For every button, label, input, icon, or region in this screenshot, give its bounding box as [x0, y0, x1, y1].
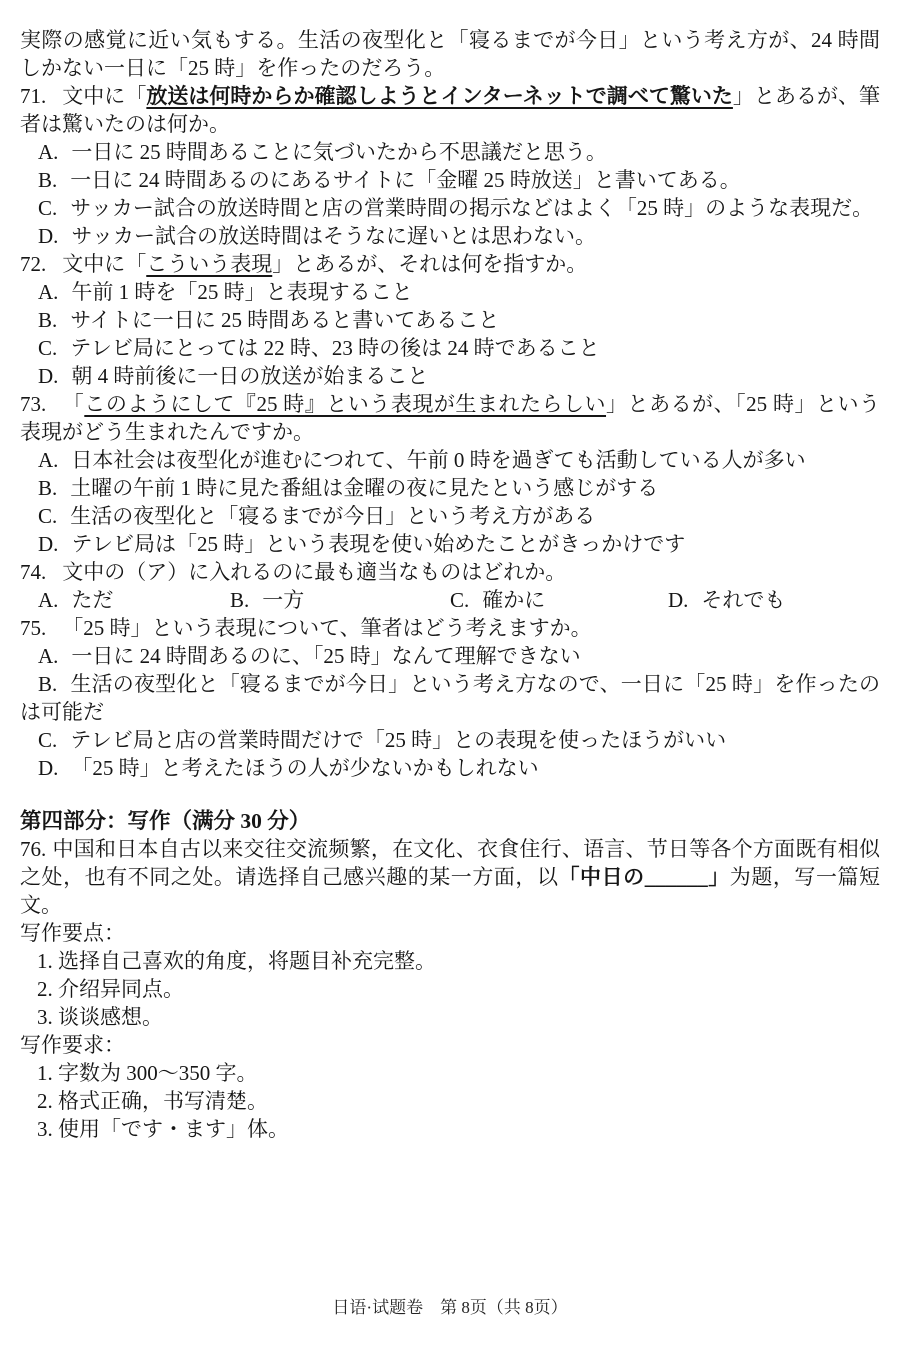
writing-requirement-1: 1. 字数为 300～350 字。: [20, 1059, 880, 1087]
option-label: B.: [38, 168, 57, 192]
question-75-stem-text: 「25 時」という表現について、筆者はどう考えますか。: [62, 616, 591, 640]
writing-section-title: 第四部分：写作（满分 30 分）: [20, 807, 880, 835]
option-label: A.: [38, 140, 58, 164]
question-75: 75.「25 時」という表現について、筆者はどう考えますか。 A.一日に 24 …: [20, 614, 880, 782]
option-text: 生活の夜型化と「寝るまでが今日」という考え方なので、一日に「25 時」を作ったの…: [20, 672, 880, 724]
option-label: B.: [38, 672, 57, 696]
writing-point-1: 1. 选择自己喜欢的角度，将题目补充完整。: [20, 947, 880, 975]
option-label: C.: [38, 336, 57, 360]
question-72-underlined-phrase: こういう表現: [146, 252, 272, 276]
question-76: 76.中国和日本自古以来交往交流频繁，在文化、衣食住行、语言、节日等各个方面既有…: [20, 835, 880, 919]
option-75-C: C.テレビ局と店の営業時間だけで「25 時」との表現を使ったほうがいい: [20, 726, 880, 754]
writing-requirement-2: 2. 格式正确，书写清楚。: [20, 1087, 880, 1115]
option-73-D: D.テレビ局は「25 時」という表現を使い始めたことがきっかけです: [20, 530, 880, 558]
option-label: D.: [38, 756, 58, 780]
option-label: A.: [38, 280, 58, 304]
option-71-D: D.サッカー試合の放送時間はそうなに遅いとは思わない。: [20, 222, 880, 250]
option-text: 一日に 25 時間あることに気づいたから不思議だと思う。: [71, 140, 607, 164]
option-label: A.: [38, 448, 58, 472]
option-text: 生活の夜型化と「寝るまでが今日」という考え方がある: [70, 504, 595, 528]
question-71-stem: 71.文中に「放送は何時からか確認しようとインターネットで調べて驚いた」とあるが…: [20, 82, 880, 138]
option-label: B.: [38, 476, 57, 500]
option-label: A.: [38, 644, 58, 668]
option-74-D: D.それでも: [668, 586, 785, 614]
option-73-A: A.日本社会は夜型化が進むにつれて、午前 0 時を過ぎても活動している人が多い: [20, 446, 880, 474]
option-label: D.: [38, 532, 58, 556]
question-72-stem: 72.文中に「こういう表現」とあるが、それは何を指すか。: [20, 250, 880, 278]
option-72-A: A.午前 1 時を「25 時」と表現すること: [20, 278, 880, 306]
writing-requirement-3: 3. 使用「です・ます」体。: [20, 1115, 880, 1143]
question-72-stem-post: 」とあるが、それは何を指すか。: [272, 252, 587, 276]
question-74-stem-text: 文中の（ア）に入れるのに最も適当なものはどれか。: [62, 560, 566, 584]
option-text: 「25 時」と考えたほうの人が少ないかもしれない: [71, 756, 538, 780]
question-75-number: 75.: [20, 616, 46, 640]
question-76-title-blank: ______: [645, 865, 708, 889]
option-73-B: B.土曜の午前 1 時に見た番組は金曜の夜に見たという感じがする: [20, 474, 880, 502]
question-74-options-row: A.ただ B.一方 C.確かに D.それでも: [20, 586, 880, 614]
option-text: テレビ局は「25 時」という表現を使い始めたことがきっかけです: [71, 532, 685, 556]
question-73-underlined-phrase: このようにして『25 時』という表現が生まれたらしい: [84, 392, 606, 416]
question-71: 71.文中に「放送は何時からか確認しようとインターネットで調べて驚いた」とあるが…: [20, 82, 880, 250]
option-label: C.: [38, 728, 57, 752]
question-72-stem-pre: 文中に「: [62, 252, 146, 276]
option-74-B: B.一方: [230, 586, 450, 614]
exam-page: 実際の感覚に近い気もする。生活の夜型化と「寝るまでが今日」という考え方が、24 …: [0, 0, 900, 1350]
option-text: テレビ局と店の営業時間だけで「25 時」との表現を使ったほうがいい: [70, 728, 726, 752]
question-72: 72.文中に「こういう表現」とあるが、それは何を指すか。 A.午前 1 時を「2…: [20, 250, 880, 390]
option-label: B.: [38, 308, 57, 332]
question-73-stem-pre: 「: [62, 392, 84, 416]
option-73-C: C.生活の夜型化と「寝るまでが今日」という考え方がある: [20, 502, 880, 530]
option-text: サイトに一日に 25 時間あると書いてあること: [70, 308, 499, 332]
option-75-D: D.「25 時」と考えたほうの人が少ないかもしれない: [20, 754, 880, 782]
option-label: D.: [38, 364, 58, 388]
question-76-number: 76.: [20, 837, 46, 861]
option-text: 確かに: [482, 588, 545, 612]
option-label: D.: [38, 224, 58, 248]
page-footer: 日语·试题卷 第 8页（共 8页）: [0, 1294, 900, 1322]
option-71-A: A.一日に 25 時間あることに気づいたから不思議だと思う。: [20, 138, 880, 166]
option-text: 日本社会は夜型化が進むにつれて、午前 0 時を過ぎても活動している人が多い: [71, 448, 805, 472]
question-74-number: 74.: [20, 560, 46, 584]
option-text: それでも: [701, 588, 785, 612]
question-73-stem: 73.「このようにして『25 時』という表現が生まれたらしい」とあるが、「25 …: [20, 390, 880, 446]
option-text: 一日に 24 時間あるのに、「25 時」なんて理解できない: [71, 644, 580, 668]
option-text: サッカー試合の放送時間はそうなに遅いとは思わない。: [71, 224, 596, 248]
option-72-C: C.テレビ局にとっては 22 時、23 時の後は 24 時であること: [20, 334, 880, 362]
writing-requirements-heading: 写作要求：: [20, 1031, 880, 1059]
option-text: テレビ局にとっては 22 時、23 時の後は 24 時であること: [70, 336, 599, 360]
writing-section: 第四部分：写作（满分 30 分） 76.中国和日本自古以来交往交流频繁，在文化、…: [20, 807, 880, 1143]
question-74: 74.文中の（ア）に入れるのに最も適当なものはどれか。 A.ただ B.一方 C.…: [20, 558, 880, 614]
option-text: 一日に 24 時間あるのにあるサイトに「金曜 25 時放送」と書いてある。: [70, 168, 741, 192]
writing-point-2: 2. 介绍异同点。: [20, 975, 880, 1003]
question-76-title-open: 「中日の: [559, 865, 645, 889]
intro-paragraph: 実際の感覚に近い気もする。生活の夜型化と「寝るまでが今日」という考え方が、24 …: [20, 26, 880, 82]
option-75-B: B.生活の夜型化と「寝るまでが今日」という考え方なので、一日に「25 時」を作っ…: [20, 670, 880, 726]
option-text: 朝 4 時前後に一日の放送が始まること: [71, 364, 428, 388]
page-content: 実際の感覚に近い気もする。生活の夜型化と「寝るまでが今日」という考え方が、24 …: [20, 26, 880, 1143]
option-label: C.: [450, 588, 469, 612]
option-label: D.: [668, 588, 688, 612]
option-label: B.: [230, 588, 249, 612]
option-text: 午前 1 時を「25 時」と表現すること: [71, 280, 412, 304]
option-label: C.: [38, 196, 57, 220]
question-76-title-close: 」: [708, 865, 730, 889]
option-71-C: C.サッカー試合の放送時間と店の営業時間の掲示などはよく「25 時」のような表現…: [20, 194, 880, 222]
question-73: 73.「このようにして『25 時』という表現が生まれたらしい」とあるが、「25 …: [20, 390, 880, 558]
option-71-B: B.一日に 24 時間あるのにあるサイトに「金曜 25 時放送」と書いてある。: [20, 166, 880, 194]
writing-point-3: 3. 谈谈感想。: [20, 1003, 880, 1031]
option-text: ただ: [71, 588, 113, 612]
option-72-B: B.サイトに一日に 25 時間あると書いてあること: [20, 306, 880, 334]
option-75-A: A.一日に 24 時間あるのに、「25 時」なんて理解できない: [20, 642, 880, 670]
option-74-A: A.ただ: [38, 586, 230, 614]
question-71-stem-pre: 文中に「: [62, 84, 146, 108]
option-74-C: C.確かに: [450, 586, 668, 614]
option-label: A.: [38, 588, 58, 612]
option-text: 一方: [262, 588, 304, 612]
question-75-stem: 75.「25 時」という表現について、筆者はどう考えますか。: [20, 614, 880, 642]
question-72-number: 72.: [20, 252, 46, 276]
question-71-number: 71.: [20, 84, 46, 108]
option-label: C.: [38, 504, 57, 528]
writing-points-heading: 写作要点：: [20, 919, 880, 947]
option-text: 土曜の午前 1 時に見た番組は金曜の夜に見たという感じがする: [70, 476, 658, 500]
question-74-stem: 74.文中の（ア）に入れるのに最も適当なものはどれか。: [20, 558, 880, 586]
question-71-underlined-phrase: 放送は何時からか確認しようとインターネットで調べて驚いた: [146, 84, 733, 108]
option-text: サッカー試合の放送時間と店の営業時間の掲示などはよく「25 時」のような表現だ。: [70, 196, 873, 220]
option-72-D: D.朝 4 時前後に一日の放送が始まること: [20, 362, 880, 390]
question-73-number: 73.: [20, 392, 46, 416]
